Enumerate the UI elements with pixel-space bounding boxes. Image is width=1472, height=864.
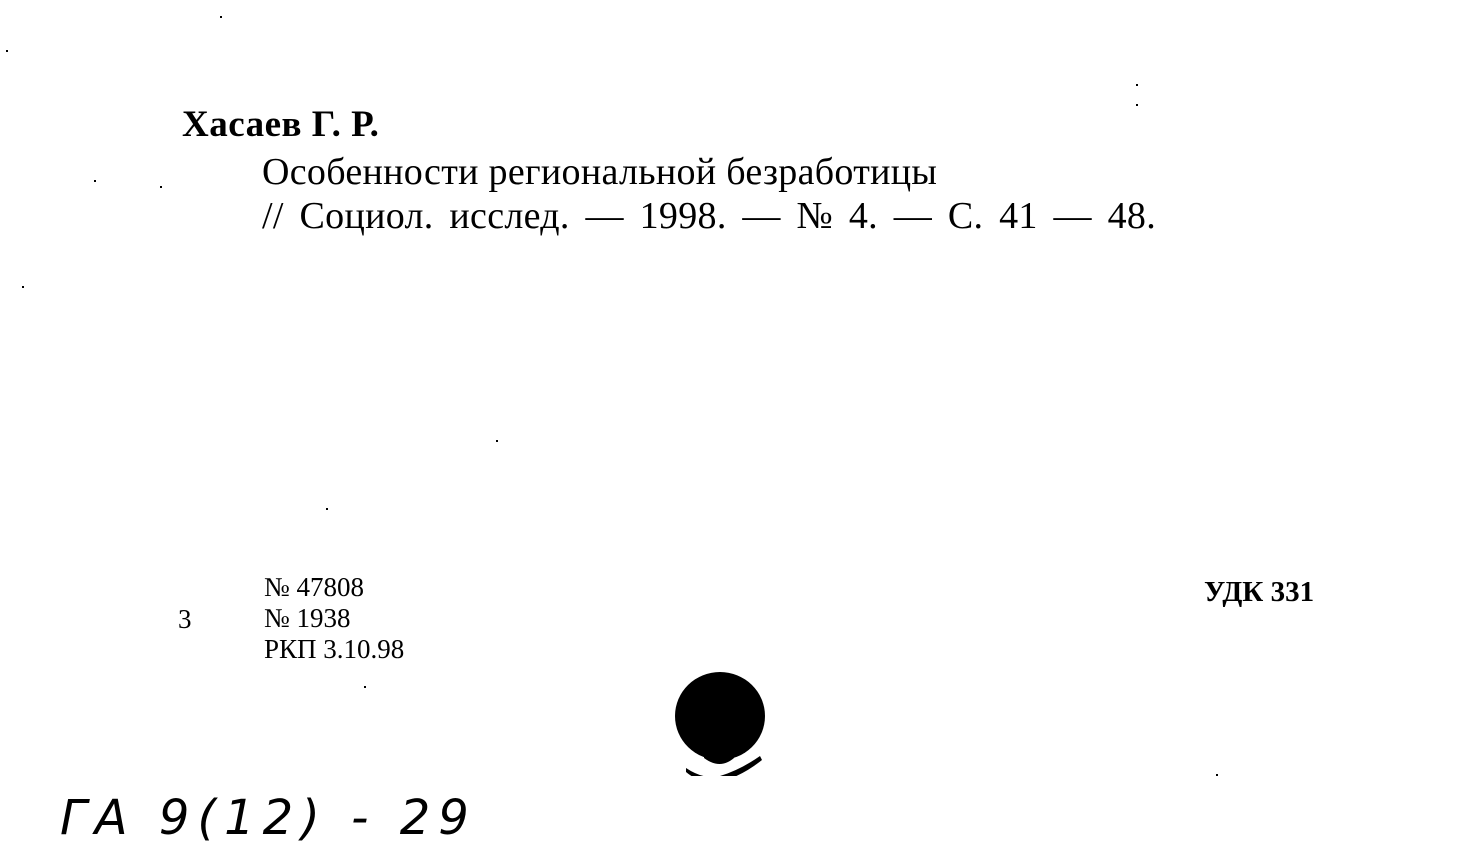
scan-speck [220, 16, 222, 18]
author: Хасаев Г. Р. [182, 103, 379, 146]
punch-hole-icon [674, 672, 766, 776]
rkp-date: РКП 3.10.98 [264, 634, 404, 665]
scan-speck [1136, 104, 1138, 106]
scan-speck [326, 508, 328, 510]
catalog-card: Хасаев Г. Р. Особенности региональной бе… [0, 0, 1472, 864]
scan-speck [496, 440, 498, 442]
accession-number: № 47808 [264, 572, 404, 603]
scan-speck [22, 286, 24, 288]
scan-speck [160, 186, 162, 188]
catalog-number: № 1938 [264, 603, 404, 634]
source-citation: // Социол. исслед. — 1998. — № 4. — С. 4… [262, 194, 1156, 238]
udc-code: УДК 331 [1204, 576, 1314, 609]
registration-numbers: № 47808 № 1938 РКП 3.10.98 [264, 572, 404, 665]
handwritten-shelfmark: ГА 9(12) - 29 [60, 790, 477, 846]
scan-speck [1216, 774, 1218, 776]
scan-speck [1136, 84, 1138, 86]
scan-speck [6, 50, 8, 52]
copies-count: 3 [178, 604, 192, 635]
scan-speck [94, 180, 96, 182]
article-title: Особенности региональной безработицы [262, 150, 937, 194]
scan-speck [364, 686, 366, 688]
